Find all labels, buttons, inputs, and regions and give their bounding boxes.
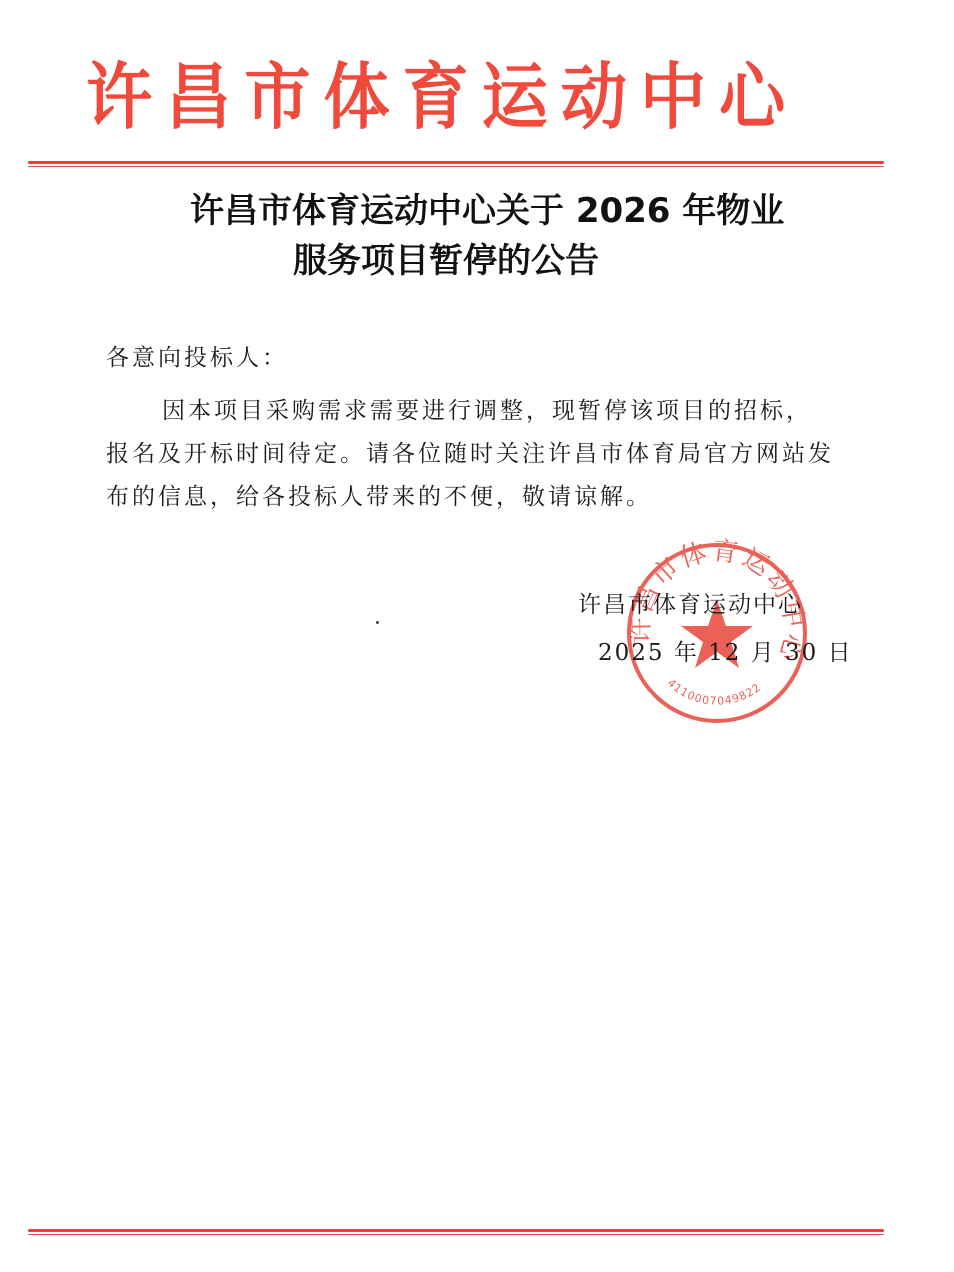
scan-speck [376, 621, 379, 624]
signature-date: 2025 年 12 月 30 日 [598, 634, 853, 667]
notice-paragraph: 因本项目采购需求需要进行调整，现暂停该项目的招标，报名及开标时间待定。请各位随时… [106, 390, 836, 519]
signature-organization: 许昌市体育运动中心 [578, 586, 803, 619]
seal-code: 4110007049822 [665, 676, 764, 707]
official-seal: 许昌市体育运动中心 4110007049822 [622, 538, 812, 728]
document-title-line1: 许昌市体育运动中心关于 2026 年物业 [190, 188, 784, 234]
salutation: 各意向投标人： [106, 342, 836, 374]
svg-text:4110007049822: 4110007049822 [665, 676, 764, 707]
letterhead-org-name: 许昌市体育运动中心 [86, 52, 785, 142]
document-title-line2: 服务项目暂停的公告 [293, 238, 599, 284]
footer-divider [28, 1229, 884, 1235]
letterhead-divider-top [28, 161, 884, 167]
seal-icon: 许昌市体育运动中心 4110007049822 [622, 538, 812, 728]
